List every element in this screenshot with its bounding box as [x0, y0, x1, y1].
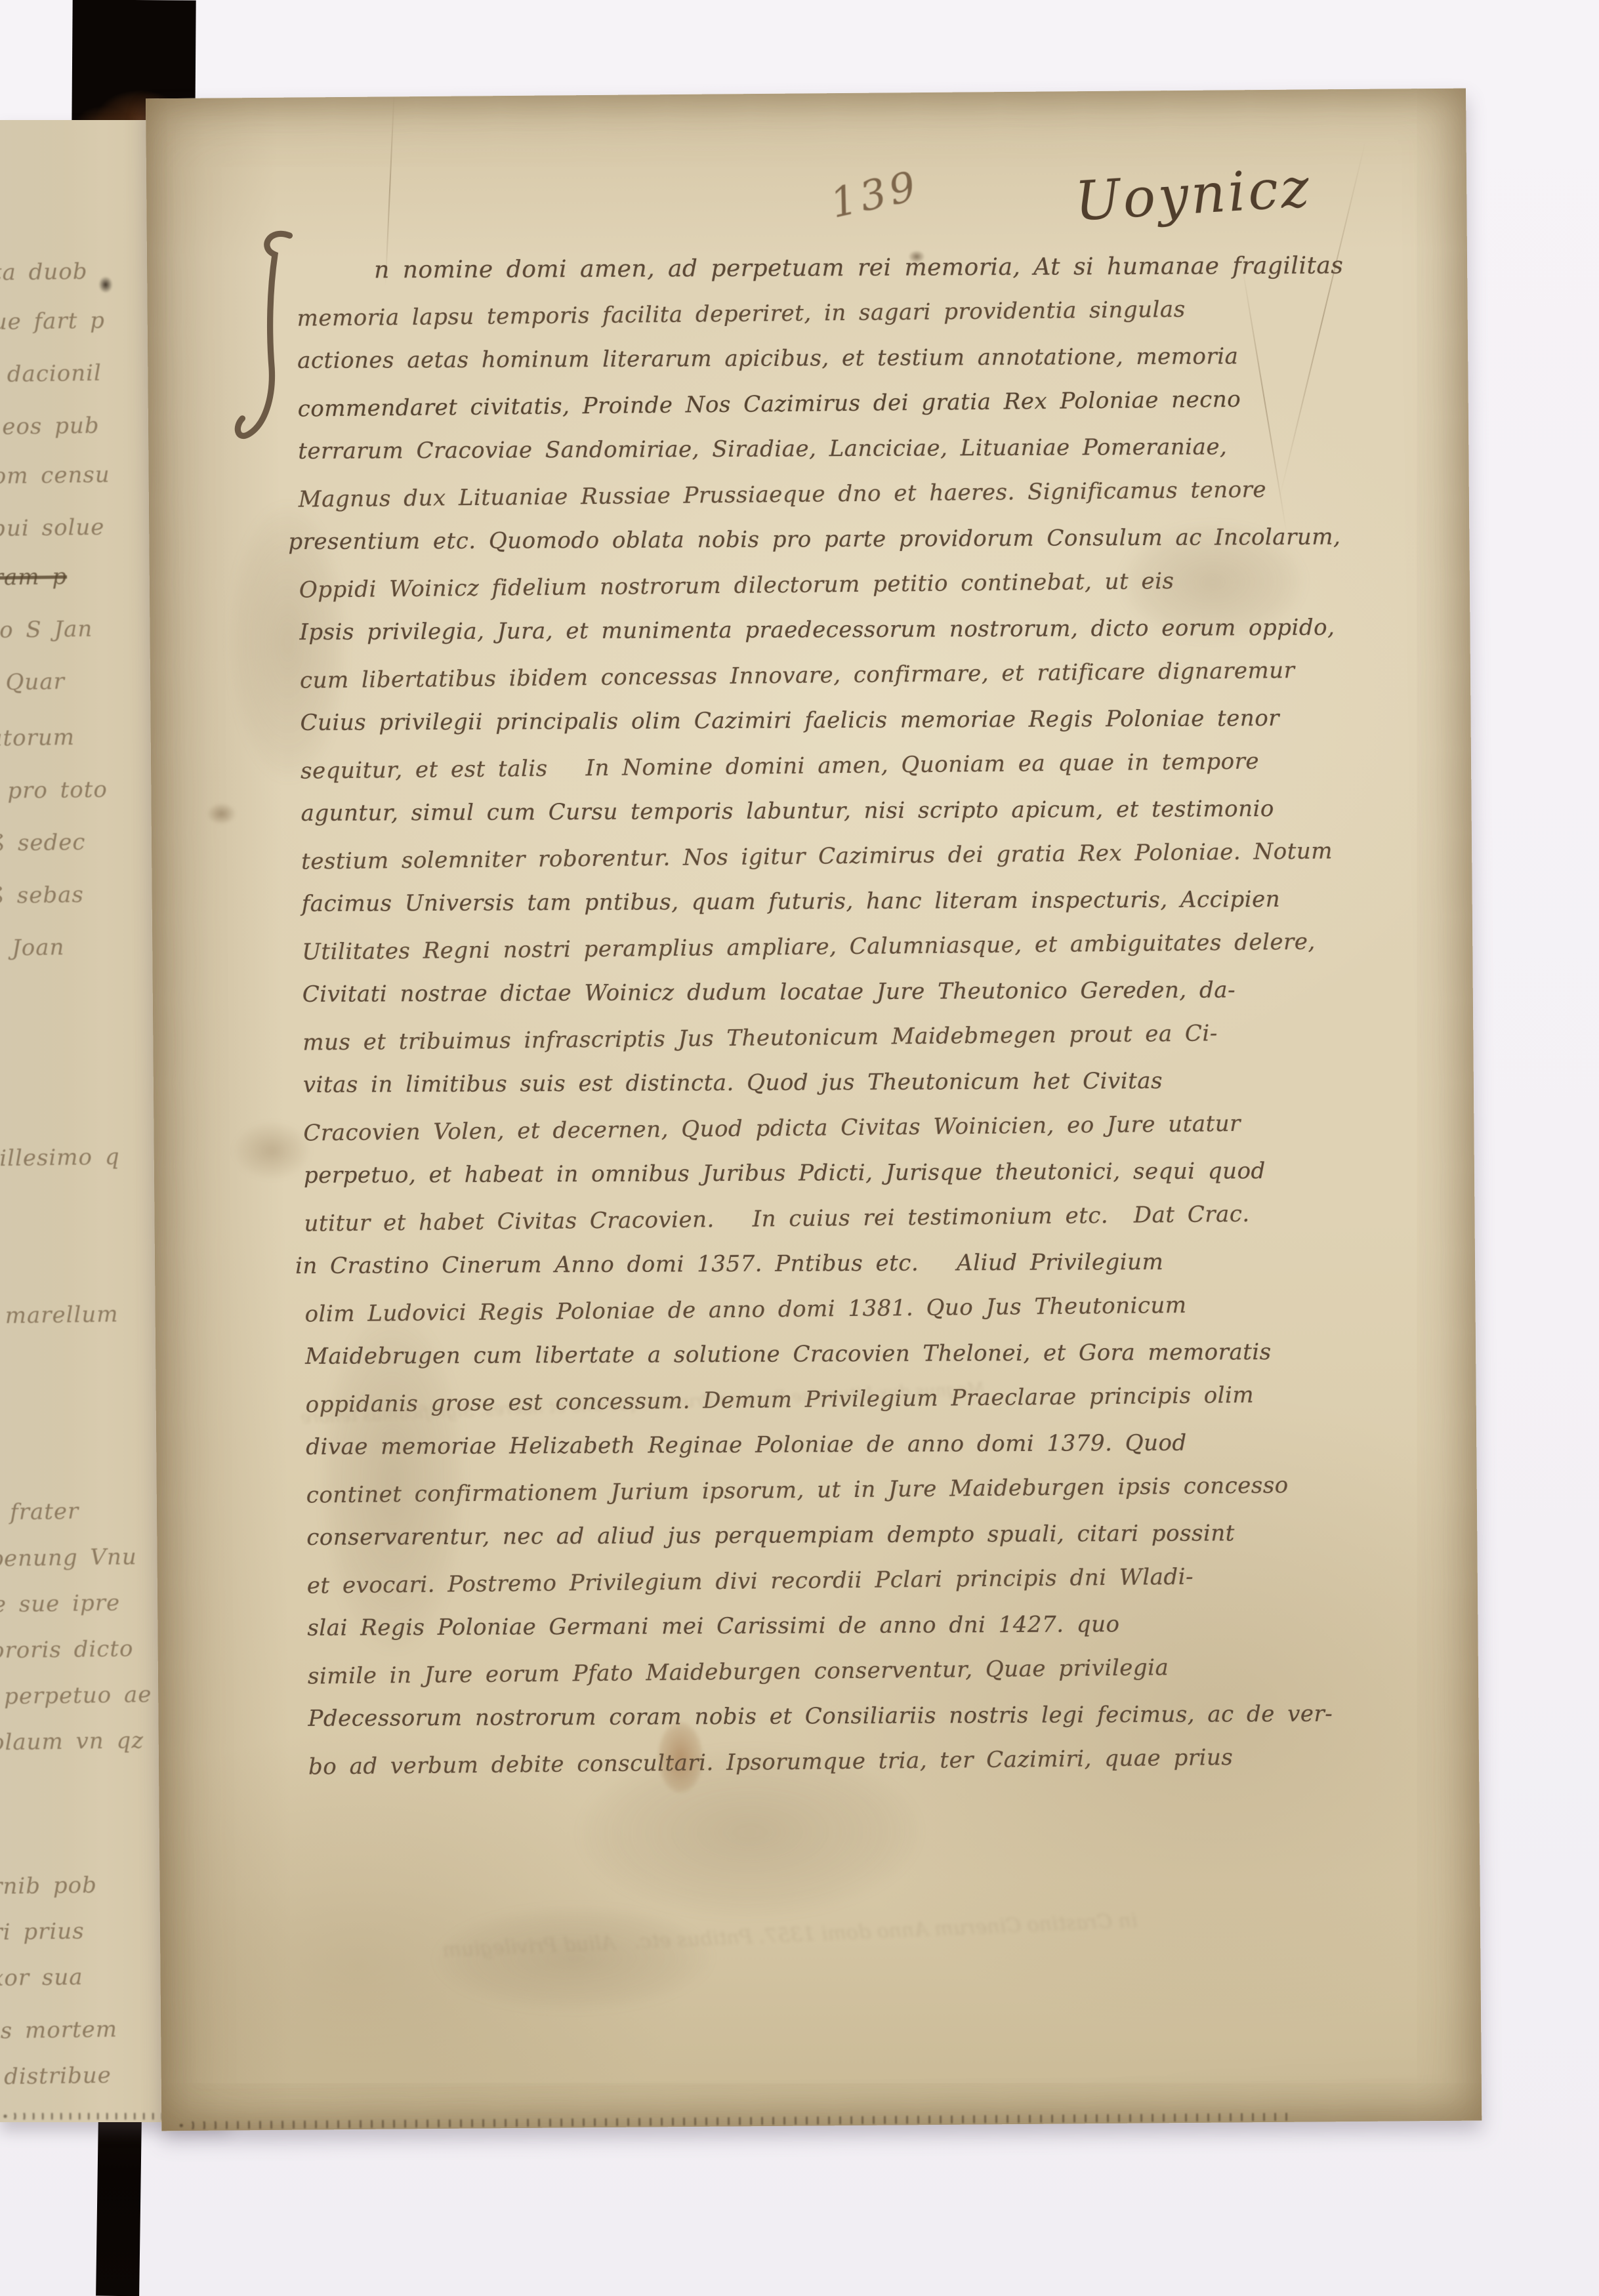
binding-strap-bottom: [96, 2118, 142, 2296]
manuscript-line: mus et tribuimus infrascriptis Jus Theut…: [302, 1010, 1379, 1066]
left-page-line-fragment: cororis dicto: [0, 1635, 134, 1664]
manuscript-page: 139 Uoynicz n nomine domi amen, ad perpe…: [146, 89, 1482, 2131]
left-page-line-fragment: a perpetuo ae: [0, 1681, 152, 1710]
manuscript-line: Maidebrugen cum libertate a solutione Cr…: [305, 1329, 1381, 1380]
left-page-line-fragment: arnib pob: [0, 1872, 97, 1900]
manuscript-line: cum libertatibus ibidem concessas Innova…: [300, 647, 1377, 704]
manuscript-line: in Crastino Cinerum Anno domi 1357. Pnti…: [295, 1239, 1381, 1289]
manuscript-line: perpetuo, et habeat in omnibus Juribus P…: [304, 1148, 1380, 1199]
ink-stain: [206, 802, 236, 825]
manuscript-line: Civitati nostrae dictae Woinicz dudum lo…: [302, 967, 1379, 1017]
left-page-line-fragment: millesimo q: [0, 1143, 120, 1172]
manuscript-line: simile in Jure eorum Pfato Maideburgen c…: [308, 1643, 1384, 1700]
manuscript-line: testium solemniter roborentur. Nos igitu…: [301, 829, 1378, 885]
left-page-line-fragment: nta duob: [0, 258, 88, 286]
left-page-line-fragment: it pro toto: [0, 777, 108, 805]
manuscript-line: aguntur, simul cum Cursu temporis labunt…: [301, 786, 1377, 836]
manuscript-line: olim Ludovici Regis Poloniae de anno dom…: [304, 1281, 1381, 1338]
folio-page-number: 139: [826, 161, 924, 228]
left-page-line-fragment: u marellum: [0, 1302, 119, 1330]
left-page-line-fragment: B dacionil: [0, 360, 102, 388]
manuscript-line: commendaret civitatis, Proinde Nos Cazim…: [297, 376, 1374, 432]
left-page-line-fragment: ne sue ipre: [0, 1589, 120, 1618]
left-page-line-fragment: li Quar: [0, 668, 65, 696]
left-page-line-fragment: s eos pub: [0, 413, 100, 441]
bleed-through-smudge: [436, 1905, 712, 2012]
manuscript-line: divae memoriae Helizabeth Reginae Poloni…: [306, 1420, 1382, 1470]
left-page-line-fragment: ius mortem: [0, 2017, 117, 2045]
ink-blot: [98, 276, 113, 293]
manuscript-line: slai Regis Poloniae Germani mei Carissim…: [307, 1601, 1383, 1651]
manuscript-line: Ipsis privilegia, Jura, et munimenta pra…: [299, 605, 1375, 655]
page-heading: Uoynicz: [1073, 157, 1314, 234]
manuscript-line: continet confirmationem Jurium ipsorum, …: [306, 1462, 1382, 1519]
manuscript-line: vitas in limitibus suis est distincta. Q…: [303, 1057, 1379, 1108]
manuscript-line: oppidanis grose est concessum. Demum Pri…: [305, 1372, 1382, 1428]
manuscript-text-block: n nomine domi amen, ad perpetuam rei mem…: [297, 241, 1384, 1789]
manuscript-line: terrarum Cracoviae Sandomiriae, Siradiae…: [298, 424, 1374, 474]
left-page-line-fragment: rß sebas: [0, 882, 84, 909]
left-page-line-fragment-struck: gram p: [0, 564, 67, 591]
left-page-line-fragment: rpenung Vnu: [0, 1544, 137, 1572]
manuscript-line: actiones aetas hominum literarum apicibu…: [297, 333, 1373, 384]
left-page-line-fragment: vxor sua: [0, 1964, 83, 1992]
left-page-line-fragment: dom censu: [0, 462, 110, 490]
manuscript-photo: nta duob que fart p B dacionil s eos pub…: [0, 0, 1599, 2296]
manuscript-line: Cracovien Volen, et decernen, Quod pdict…: [303, 1100, 1380, 1157]
manuscript-line: et evocari. Postremo Privilegium divi re…: [307, 1553, 1384, 1609]
left-page-line-fragment: ori prius: [0, 1918, 85, 1946]
manuscript-line: conservarentur, nec ad aliud jus perquem…: [306, 1510, 1382, 1561]
manuscript-line: facimus Universis tam pntibus, quam futu…: [302, 876, 1378, 927]
manuscript-line: Magnus dux Lituaniae Russiae Prussiaeque…: [299, 466, 1375, 523]
left-page-line-fragment: a distribue: [0, 2062, 112, 2091]
manuscript-line: n nomine domi amen, ad perpetuam rei mem…: [297, 243, 1373, 293]
left-page-line-fragment: sß sedec: [0, 829, 86, 857]
bleed-through-text: in Crastino Cinerum Anno domi 1357. Pnti…: [442, 1909, 1138, 1961]
manuscript-line: presentium etc. Quomodo oblata nobis pro…: [288, 514, 1375, 565]
manuscript-line: utitur et habet Civitas Cracovien. In cu…: [304, 1191, 1381, 1247]
left-page-line-fragment: abui solue: [0, 514, 105, 543]
ink-stain: [232, 1120, 312, 1180]
manuscript-line: Cuius privilegii principalis olim Cazimi…: [300, 695, 1376, 746]
manuscript-line: Pdecessorum nostrorum coram nobis et Con…: [308, 1691, 1384, 1742]
manuscript-line: Utilitates Regni nostri peramplius ampli…: [302, 919, 1379, 975]
left-page-line-fragment: ratorum: [0, 724, 75, 752]
left-page-line-fragment: colaum vn qz: [0, 1727, 144, 1756]
manuscript-line: Oppidi Woinicz fidelium nostrorum dilect…: [299, 557, 1376, 613]
left-page-line-fragment: que fart p: [0, 308, 105, 336]
left-page-line-fragment: io Joan: [0, 934, 65, 962]
left-page-line-fragment: sto S Jan: [0, 616, 93, 644]
left-page-line-fragment: is frater: [0, 1498, 79, 1526]
manuscript-line: memoria lapsu temporis facilita deperire…: [297, 285, 1373, 342]
manuscript-line: sequitur, et est talis In Nomine domini …: [301, 738, 1377, 794]
manuscript-line: bo ad verbum debite conscultari. Ipsorum…: [308, 1734, 1385, 1790]
